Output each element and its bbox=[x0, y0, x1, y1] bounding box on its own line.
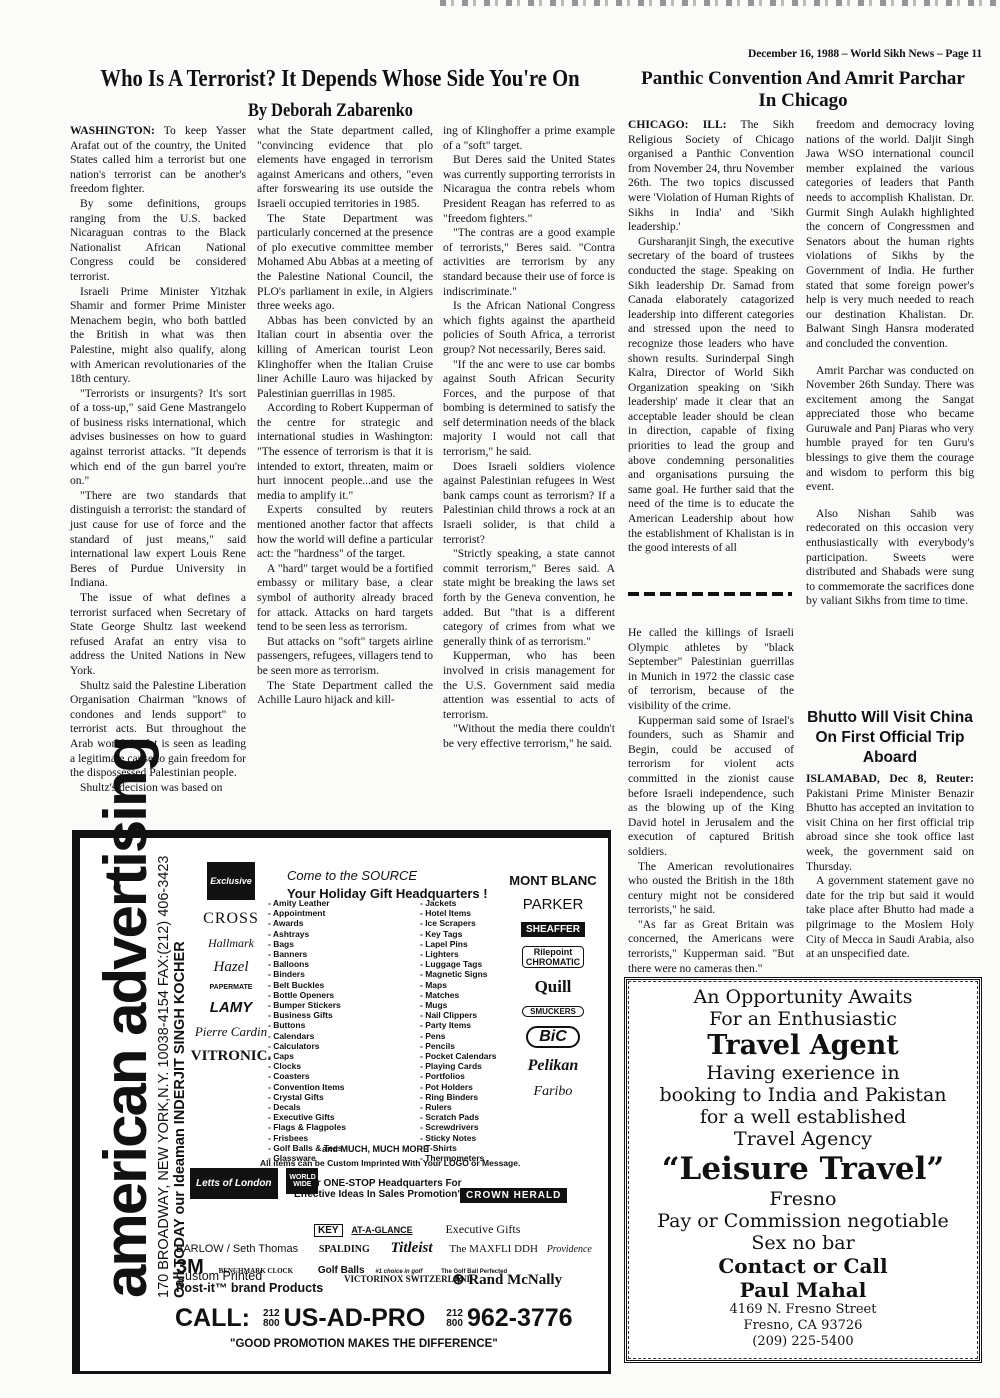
ad2-line-7: Travel Agency bbox=[627, 1128, 979, 1150]
article-paragraph: Kupperman, who has been involved in cris… bbox=[443, 649, 615, 722]
gift-item: - Pot Holders bbox=[420, 1082, 497, 1092]
gift-item: - Bottle Openers bbox=[268, 990, 346, 1000]
gift-item: - Ashtrays bbox=[268, 929, 346, 939]
ad-brand-column-left: ExclusiveCROSSHallmarkHazelPAPERMATELAMY… bbox=[190, 862, 272, 1073]
gift-item: - Screwdrivers bbox=[420, 1122, 497, 1132]
ad-slogan: "GOOD PROMOTION MAKES THE DIFFERENCE" bbox=[230, 1338, 498, 1350]
bhutto-article: ISLAMABAD, Dec 8, Reuter: Pakistani Prim… bbox=[806, 772, 974, 962]
article-paragraph: "If the anc were to use car bombs agains… bbox=[443, 358, 615, 460]
call-number-2: 962-3776 bbox=[467, 1304, 573, 1332]
article-paragraph: Israeli Prime Minister Yitzhak Shamir an… bbox=[70, 285, 246, 387]
ad2-contact-name: Paul Mahal bbox=[627, 1278, 979, 1302]
article-paragraph: Experts consulted by reuters mentioned a… bbox=[257, 503, 433, 561]
post-it-text: Custom Printed Post-it™ brand Products bbox=[176, 1270, 323, 1294]
gift-item: - Lapel Pins bbox=[420, 939, 497, 949]
gift-item: - Ring Binders bbox=[420, 1092, 497, 1102]
bhutto-headline: Bhutto Will Visit China On First Officia… bbox=[806, 708, 974, 768]
gift-item: - Flags & Flagpoles bbox=[268, 1122, 346, 1132]
panthic-headline-line1: Panthic Convention And Amrit Parchar bbox=[628, 68, 978, 90]
article-column-1: WASHINGTON: To keep Yasser Arafat out of… bbox=[70, 124, 246, 795]
ad2-agency-name: “Leisure Travel” bbox=[627, 1150, 979, 1188]
gift-item: - Calendars bbox=[268, 1031, 346, 1041]
gift-item: - Clocks bbox=[268, 1061, 346, 1071]
article-paragraph: Does Israeli soldiers violence against P… bbox=[443, 460, 615, 548]
gift-item: - Key Tags bbox=[420, 929, 497, 939]
article-paragraph: Abbas has been convicted by an Italian c… bbox=[257, 314, 433, 402]
gift-item: - Pocket Calendars bbox=[420, 1051, 497, 1061]
article-paragraph: ing of Klinghoffer a prime example of a … bbox=[443, 124, 615, 153]
gift-item: - Hotel Items bbox=[420, 908, 497, 918]
article-paragraph: But Deres said the United States was cur… bbox=[443, 153, 615, 226]
ad2-line-5: booking to India and Pakistan bbox=[627, 1084, 979, 1106]
at-a-glance-logo: AT-A-GLANCE bbox=[351, 1225, 412, 1235]
worldwide-logo: WORLD WIDE bbox=[286, 1168, 318, 1194]
article-paragraph: The issue of what defines a terrorist su… bbox=[70, 591, 246, 679]
american-advertising-ad: american advertising 170 BROADWAY, NEW Y… bbox=[72, 830, 611, 1374]
ad2-line-11: Sex no bar bbox=[627, 1232, 979, 1254]
letts-logo: Letts of London bbox=[190, 1168, 278, 1199]
article-paragraph: The State Department called the Achille … bbox=[257, 679, 433, 708]
gift-item: - Maps bbox=[420, 980, 497, 990]
call-label: CALL: bbox=[175, 1304, 250, 1332]
ad2-line-10: Pay or Commission negotiable bbox=[627, 1210, 979, 1232]
maxfli-logo: The MAXFLI DDH bbox=[449, 1243, 538, 1255]
gift-item: - Bumper Stickers bbox=[268, 1000, 346, 1010]
key-logo: KEY bbox=[314, 1224, 343, 1237]
brand-logo: LAMY bbox=[190, 999, 272, 1016]
page-folio: December 16, 1988 – World Sikh News – Pa… bbox=[748, 48, 982, 60]
article-paragraph: freedom and democracy loving nations of … bbox=[806, 118, 974, 352]
leisure-travel-ad: An Opportunity Awaits For an Enthusiasti… bbox=[624, 977, 982, 1363]
area-codes-2: 212800 bbox=[446, 1309, 463, 1329]
ad-items-left: - Amity Leather- Appointment- Awards- As… bbox=[268, 898, 346, 1163]
brand-logo: Faribo bbox=[508, 1084, 598, 1100]
brand-logo: SHEAFFER bbox=[521, 922, 585, 937]
ad-one-stop-line1: "Your ONE-STOP Headquarters For bbox=[294, 1178, 462, 1189]
gift-item: - Amity Leather bbox=[268, 898, 346, 908]
dateline: CHICAGO: ILL: bbox=[628, 118, 727, 131]
gift-item: - Magnetic Signs bbox=[420, 969, 497, 979]
article-paragraph: "As far as Great Britain was concerned, … bbox=[628, 918, 794, 976]
gift-item: - Scratch Pads bbox=[420, 1112, 497, 1122]
brand-logo: PAPERMATE bbox=[190, 984, 272, 991]
gift-item: - Frisbees bbox=[268, 1133, 346, 1143]
gift-item: - Pencils bbox=[420, 1041, 497, 1051]
gift-item: - Matches bbox=[420, 990, 497, 1000]
gift-item: - Buttons bbox=[268, 1020, 346, 1030]
article-paragraph: what the State department called, "convi… bbox=[257, 124, 433, 212]
article-paragraph: Kupperman said some of Israel's founders… bbox=[628, 714, 794, 860]
post-it-line2: Post-it™ brand Products bbox=[176, 1282, 323, 1294]
gift-item: - Appointment bbox=[268, 908, 346, 918]
article-headline: Who Is A Terrorist? It Depends Whose Sid… bbox=[70, 66, 610, 93]
ad2-line-2: For an Enthusiastic bbox=[627, 1008, 979, 1030]
gift-item: - Crystal Gifts bbox=[268, 1092, 346, 1102]
ad-logo: american advertising bbox=[96, 878, 156, 1298]
ad-one-stop: "Your ONE-STOP Headquarters For Effectiv… bbox=[294, 1178, 462, 1200]
rand-mcnally-logo: ⊛ Rand McNally bbox=[452, 1270, 562, 1289]
globe-icon: ⊛ bbox=[452, 1272, 465, 1288]
article-paragraph: "Strictly speaking, a state cannot commi… bbox=[443, 547, 615, 649]
dateline: WASHINGTON: bbox=[70, 124, 155, 137]
barlow-logo: BARLOW / Seth Thomas bbox=[176, 1243, 298, 1255]
ad2-street: 4169 N. Fresno Street bbox=[627, 1302, 979, 1318]
article-paragraph: Also Nishan Sahib was redecorated on thi… bbox=[806, 507, 974, 609]
brand-logo: SMUCKERS bbox=[522, 1006, 584, 1017]
gift-item: - Balloons bbox=[268, 959, 346, 969]
gift-item: - Mugs bbox=[420, 1000, 497, 1010]
ad2-line-6: for a well established bbox=[627, 1106, 979, 1128]
gift-item: - Executive Gifts bbox=[268, 1112, 346, 1122]
article-paragraph: The State Department was particularly co… bbox=[257, 212, 433, 314]
area-codes-1: 212800 bbox=[263, 1309, 280, 1329]
gift-item: - Jackets bbox=[420, 898, 497, 908]
gift-item: - Lighters bbox=[420, 949, 497, 959]
ad-address: 170 BROADWAY, NEW YORK,N.Y. 10038-4154 F… bbox=[156, 878, 172, 1298]
article-paragraph: Amrit Parchar was conducted on November … bbox=[806, 364, 974, 495]
brand-logo: Rilepoint CHROMATIC bbox=[522, 946, 584, 968]
brand-logo: MONT BLANC bbox=[508, 874, 598, 887]
executive-gifts-logo: Executive Gifts bbox=[445, 1222, 520, 1236]
rand-mcnally-text: Rand McNally bbox=[468, 1272, 562, 1288]
providence-logo: Providence bbox=[547, 1244, 592, 1255]
gift-item: - Belt Buckles bbox=[268, 980, 346, 990]
brand-logo: Quill bbox=[508, 977, 598, 997]
ad-items-right: - Jackets- Hotel Items- Ice Scrapers- Ke… bbox=[420, 898, 497, 1163]
article-paragraph: ISLAMABAD, Dec 8, Reuter: Pakistani Prim… bbox=[806, 772, 974, 874]
gift-item: - Decals bbox=[268, 1102, 346, 1112]
call-number-1: US-AD-PRO bbox=[284, 1304, 426, 1332]
gift-item: - Coasters bbox=[268, 1071, 346, 1081]
gift-item: - Calculators bbox=[268, 1041, 346, 1051]
gift-item: - Convention Items bbox=[268, 1082, 346, 1092]
article-paragraph: "Terrorists or insurgents? It's sort of … bbox=[70, 387, 246, 489]
article-paragraph: CHICAGO: ILL: The Sikh Religious Society… bbox=[628, 118, 794, 235]
section-divider bbox=[628, 592, 792, 596]
ad-sidebar: american advertising 170 BROADWAY, NEW Y… bbox=[86, 848, 186, 1358]
ad2-line-9: Fresno bbox=[627, 1188, 979, 1210]
ad-logo-row-1: Letts of London WORLD WIDE bbox=[190, 1168, 318, 1199]
article-paragraph: Gursharanjit Singh, the executive secret… bbox=[628, 235, 794, 556]
panthic-column-2: freedom and democracy loving nations of … bbox=[806, 118, 974, 609]
gift-item: - Luggage Tags bbox=[420, 959, 497, 969]
gift-item: - Banners bbox=[268, 949, 346, 959]
article-column-4: He called the killings of Israeli Olympi… bbox=[628, 626, 794, 976]
article-paragraph: But attacks on "soft" targets airline pa… bbox=[257, 635, 433, 679]
brand-logo: Hazel bbox=[190, 959, 272, 976]
article-paragraph: By some definitions, groups ranging from… bbox=[70, 197, 246, 285]
ad-logo-row-1b: KEY AT-A-GLANCE Executive Gifts bbox=[314, 1222, 520, 1237]
article-paragraph: The American revolutionaires who ousted … bbox=[628, 860, 794, 918]
ad-brand-column-right: MONT BLANCPARKERSHEAFFERRilepoint CHROMA… bbox=[508, 874, 598, 1109]
brand-logo: Pierre Cardin bbox=[190, 1024, 272, 1040]
article-paragraph: Is the African National Congress which f… bbox=[443, 299, 615, 357]
brand-logo: BiC bbox=[526, 1026, 580, 1048]
brand-logo: Hallmark bbox=[190, 936, 272, 951]
brand-logo: Pelikan bbox=[508, 1057, 598, 1075]
article-paragraph: "There are two standards that distinguis… bbox=[70, 489, 246, 591]
dateline: ISLAMABAD, Dec 8, Reuter: bbox=[806, 772, 974, 785]
ad2-city: Fresno, CA 93726 bbox=[627, 1318, 979, 1334]
ad-custom-note: All items can be Custom Imprinted With Y… bbox=[260, 1158, 520, 1168]
ad2-phone: (209) 225-5400 bbox=[627, 1334, 979, 1350]
gift-item: - Bags bbox=[268, 939, 346, 949]
spalding-logo: SPALDING bbox=[319, 1244, 370, 1255]
titleist-logo: Titleist bbox=[391, 1240, 433, 1256]
gift-item: - Ice Scrapers bbox=[420, 918, 497, 928]
ad2-line-4: Having exerience in bbox=[627, 1062, 979, 1084]
article-column-3: ing of Klinghoffer a prime example of a … bbox=[443, 124, 615, 752]
gift-item: - Party Items bbox=[420, 1020, 497, 1030]
panthic-column-1: CHICAGO: ILL: The Sikh Religious Society… bbox=[628, 118, 794, 556]
gift-item: - Playing Cards bbox=[420, 1061, 497, 1071]
gift-item: - Portfolios bbox=[420, 1071, 497, 1081]
ad-contact: Call TODAY our Ideaman INDERJIT SINGH KO… bbox=[172, 878, 188, 1298]
crown-herald-logo: CROWN HERALD bbox=[460, 1188, 567, 1203]
gift-item: - Nail Clippers bbox=[420, 1010, 497, 1020]
panthic-headline: Panthic Convention And Amrit Parchar In … bbox=[628, 68, 978, 112]
article-paragraph: According to Robert Kupperman of the cen… bbox=[257, 401, 433, 503]
article-paragraph: A "hard" target would be a fortified emb… bbox=[257, 562, 433, 635]
scan-artifact bbox=[440, 0, 1000, 6]
brand-logo: PARKER bbox=[508, 896, 598, 913]
brand-logo: VITRONIC. bbox=[190, 1048, 272, 1065]
ad2-line-12: Contact or Call bbox=[627, 1254, 979, 1278]
gift-item: - Sticky Notes bbox=[420, 1133, 497, 1143]
gift-item: - T-Shirts bbox=[420, 1143, 497, 1153]
brand-logo: Exclusive bbox=[207, 862, 255, 900]
gift-item: - Rulers bbox=[420, 1102, 497, 1112]
gift-item: - Awards bbox=[268, 918, 346, 928]
article-byline: By Deborah Zabarenko bbox=[248, 100, 413, 122]
article-paragraph: WASHINGTON: To keep Yasser Arafat out of… bbox=[70, 124, 246, 197]
gift-item: - Business Gifts bbox=[268, 1010, 346, 1020]
gift-item: - Caps bbox=[268, 1051, 346, 1061]
article-paragraph: "The contras are a good example of terro… bbox=[443, 226, 615, 299]
panthic-headline-line2: In Chicago bbox=[628, 90, 978, 112]
gift-item: - Binders bbox=[268, 969, 346, 979]
article-column-2: what the State department called, "convi… bbox=[257, 124, 433, 708]
ad-one-stop-line2: Effective Ideas In Sales Promotion" bbox=[294, 1189, 462, 1200]
ad-call-row: CALL: 212800US-AD-PRO 212800962-3776 bbox=[175, 1304, 573, 1333]
ad-title: Come to the SOURCE bbox=[287, 868, 417, 883]
article-paragraph: He called the killings of Israeli Olympi… bbox=[628, 626, 794, 714]
ad-logo-row-2: BARLOW / Seth Thomas SPALDING Titleist T… bbox=[176, 1240, 592, 1257]
ad2-line-3: Travel Agent bbox=[627, 1030, 979, 1062]
gift-item: - Pens bbox=[420, 1031, 497, 1041]
ad2-line-1: An Opportunity Awaits bbox=[627, 986, 979, 1008]
article-paragraph: A government statement gave no date for … bbox=[806, 874, 974, 962]
ad-much-more: and MUCH, MUCH MORE bbox=[322, 1144, 429, 1154]
article-paragraph: "Without the media there couldn't be ver… bbox=[443, 722, 615, 751]
brand-logo: CROSS bbox=[190, 910, 272, 928]
